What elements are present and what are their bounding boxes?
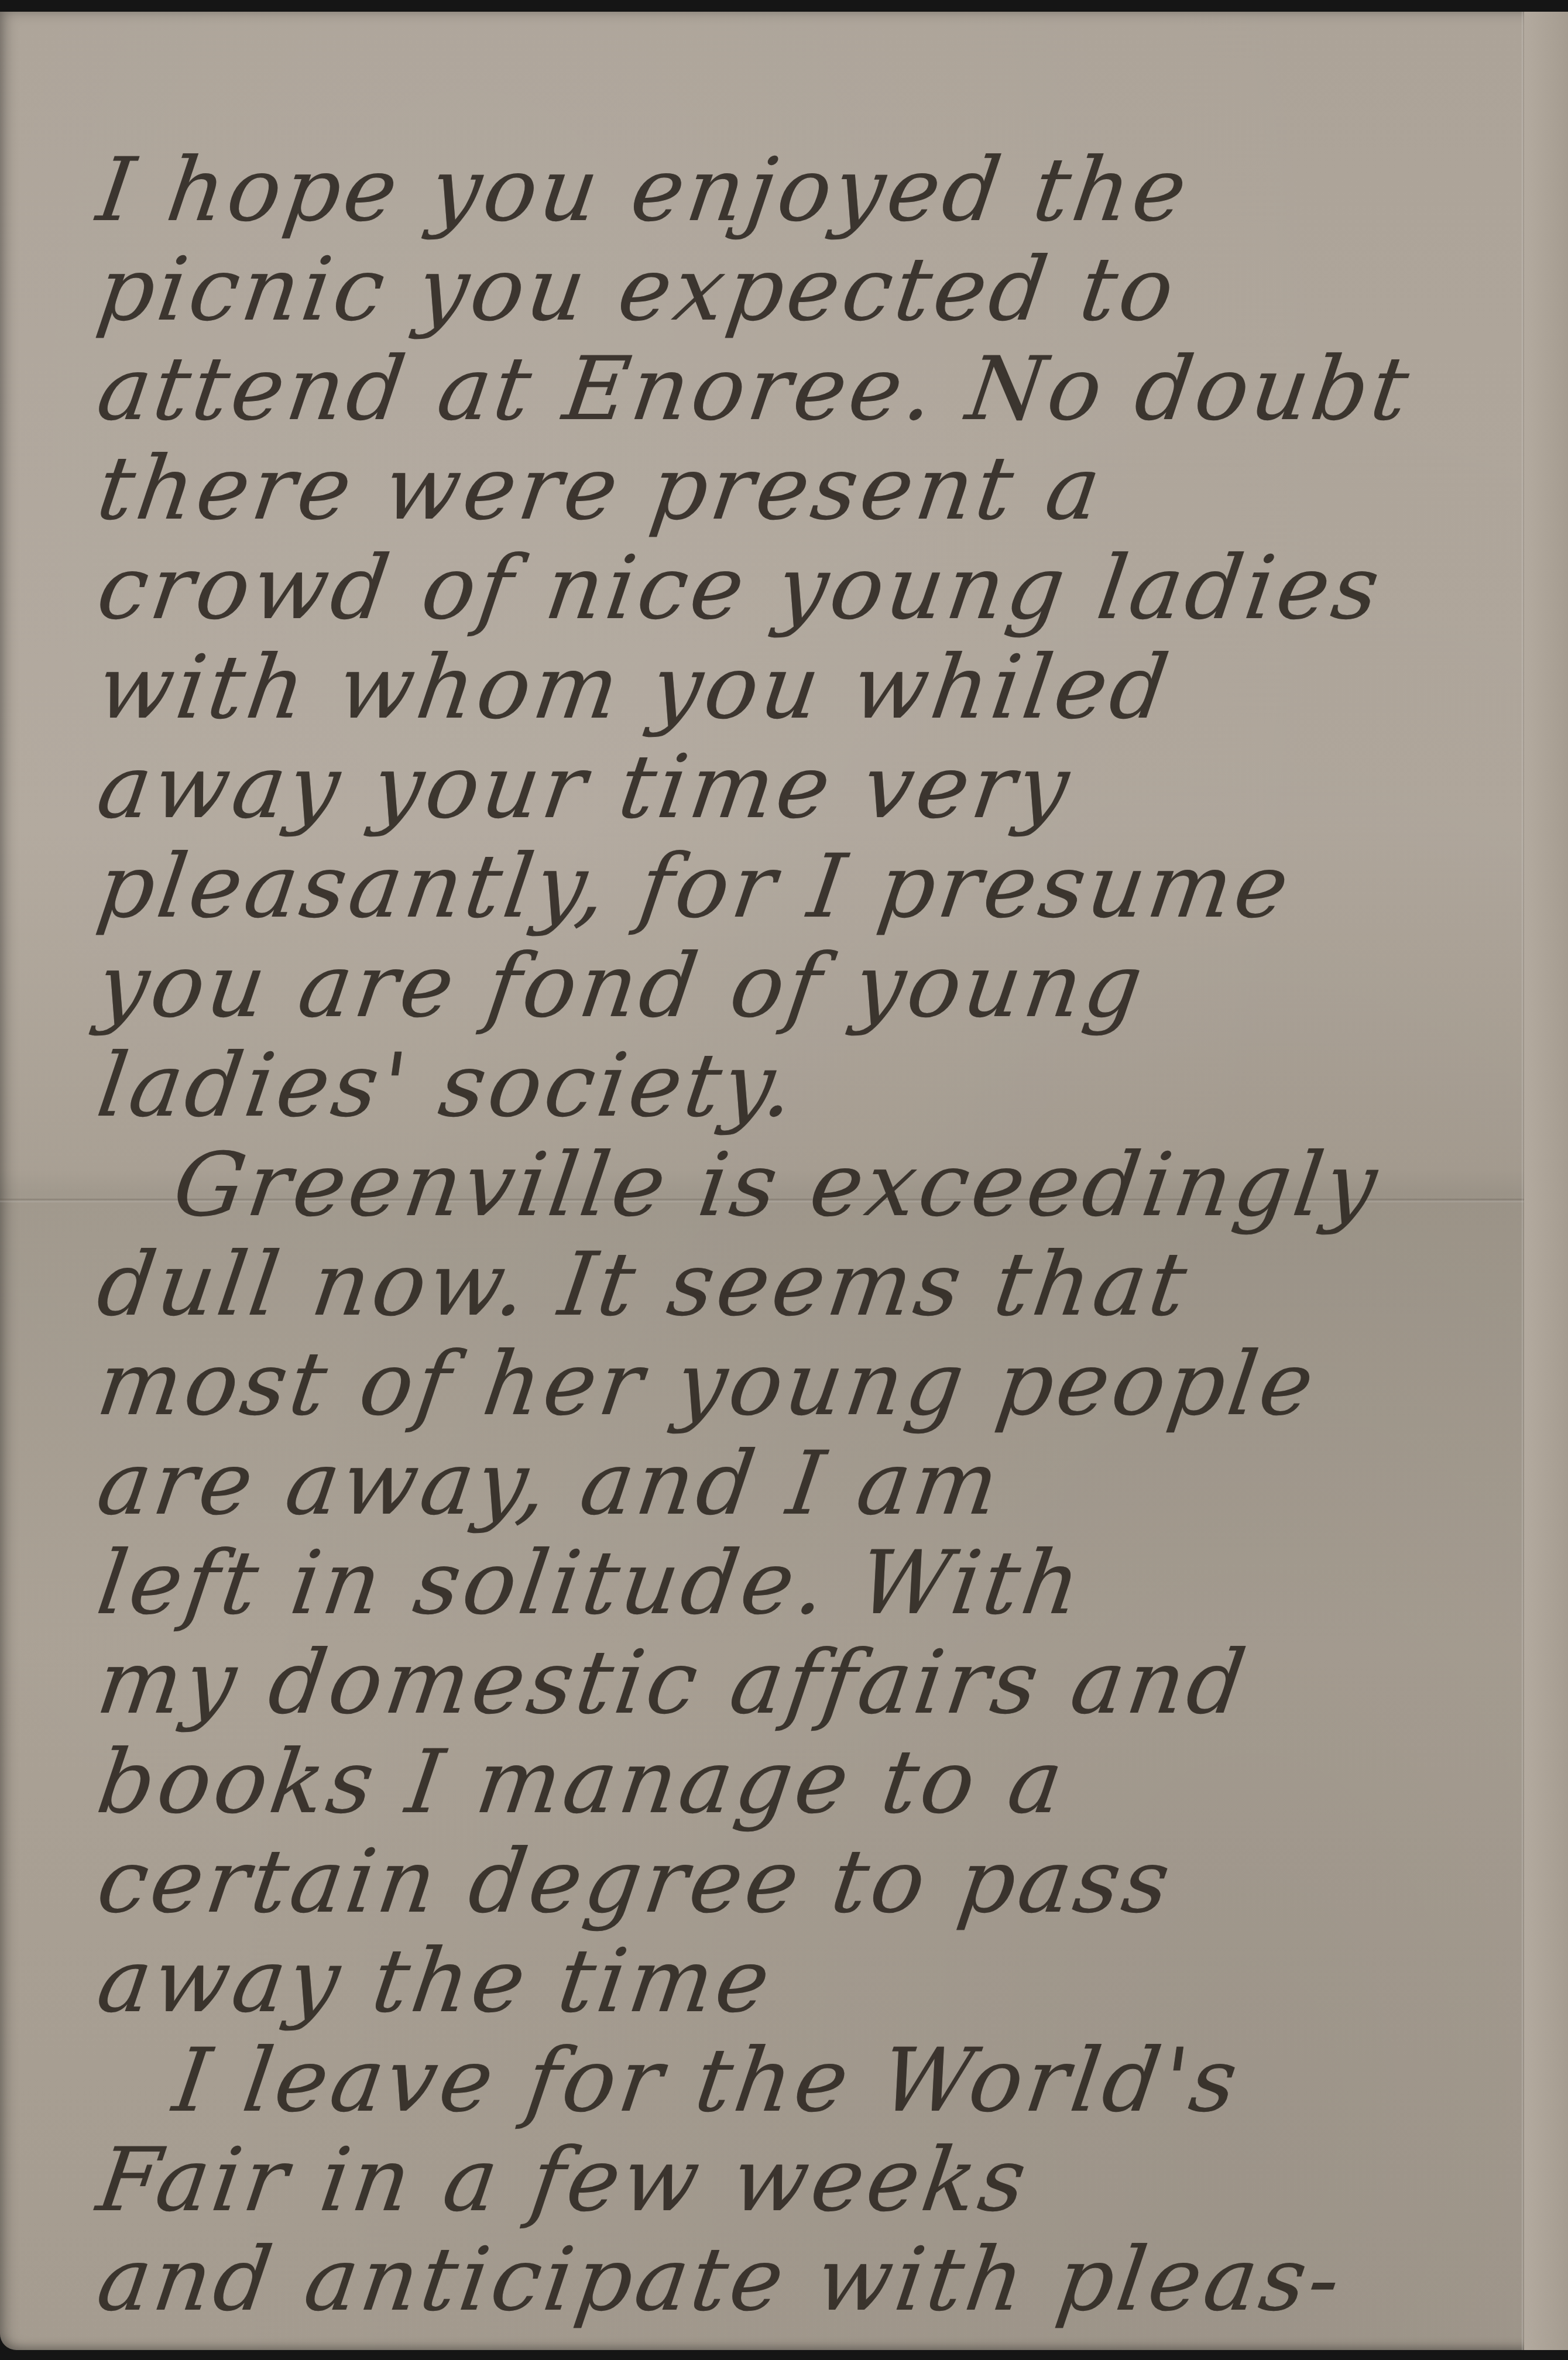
adjacent-page-edge [1524,12,1568,2350]
letter-line: crowd of nice young ladies [92,533,1511,632]
letter-line: picnic you expected to [92,234,1511,334]
letter-line: away your time very [92,732,1511,831]
letter-line: away the time [92,1926,1511,2025]
letter-line: most of her young people [92,1329,1511,1428]
letter-line-paragraph-start: Greenville is exceedingly [92,1130,1511,1229]
letter-line: pleasantly, for I presume [92,831,1511,931]
letter-line: there were present a [92,433,1511,533]
letter-line: with whom you whiled [92,632,1511,732]
letter-body: I hope you enjoyed the picnic you expect… [99,135,1504,2324]
letter-page: I hope you enjoyed the picnic you expect… [0,12,1568,2350]
letter-line-paragraph-start: I leave for the World's [92,2025,1511,2125]
letter-line: you are fond of young [92,931,1511,1030]
letter-line: left in solitude. With [92,1528,1511,1627]
letter-line: Fair in a few weeks [92,2125,1511,2224]
letter-line: my domestic affairs and [92,1627,1511,1727]
letter-line: dull now. It seems that [92,1229,1511,1329]
letter-line: I hope you enjoyed the [92,135,1511,234]
letter-line: ladies' society. [92,1030,1511,1130]
letter-line: are away, and I am [92,1428,1511,1528]
letter-line: attend at Enoree. No doubt [92,334,1511,433]
letter-line: certain degree to pass [92,1826,1511,1926]
letter-line: and anticipate with pleas- [92,2224,1511,2324]
letter-line: books I manage to a [92,1727,1511,1826]
